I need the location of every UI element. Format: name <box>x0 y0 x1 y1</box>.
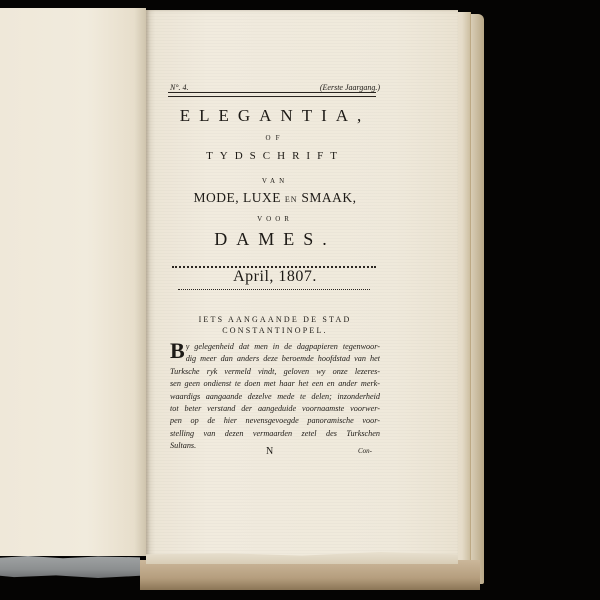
body-line: Turksche ryk vermeld vindt, geloven wy o… <box>170 366 380 378</box>
left-page-grey-edge <box>0 556 140 578</box>
date-rule-bottom <box>178 289 370 290</box>
body-line: Sultans. <box>170 440 380 452</box>
body-line: tot beter verstand der aangeduide voorna… <box>170 403 380 415</box>
left-blank-page <box>0 8 146 556</box>
article-body: B y gelegenheid dat men in de dagpapiere… <box>170 341 380 453</box>
title-dames: DAMES. <box>170 229 380 250</box>
issue-date: April, 1807. <box>170 268 380 286</box>
book-bottom-edge <box>140 560 480 590</box>
body-line: sen geen ondienst te doen met haar het e… <box>170 378 380 390</box>
section-heading-line1: IETS AANGAANDE DE STAD <box>170 315 380 324</box>
issue-number: N°. 4. <box>170 83 189 92</box>
title-en: EN <box>285 195 298 204</box>
title-mode-luxe-smaak: MODE, LUXE EN SMAAK, <box>170 190 380 206</box>
title-voor: VOOR <box>170 215 380 223</box>
body-line: dig meer dan anders deze beroemde hoofds… <box>186 353 380 365</box>
running-header: N°. 4. (Eerste Jaargang.) <box>170 83 380 92</box>
title-elegantia: ELEGANTIA, <box>170 106 380 126</box>
body-line: waardigs aangaande dezelve mede te delen… <box>170 391 380 403</box>
section-heading-line2: CONSTANTINOPEL. <box>170 326 380 335</box>
title-smaak: SMAAK, <box>298 190 357 205</box>
drop-cap: B <box>170 341 185 361</box>
signature-mark: N <box>266 446 273 457</box>
body-line: y gelegenheid dat men in de dagpapieren … <box>186 341 380 353</box>
catchword: Con- <box>358 447 372 455</box>
title-of: OF <box>170 134 380 142</box>
body-line: pen op de hier nevensgevoegde panoramisc… <box>170 415 380 427</box>
header-rule <box>168 92 376 97</box>
volume-label: (Eerste Jaargang.) <box>320 83 380 92</box>
title-tydschrift: TYDSCHRIFT <box>170 150 380 162</box>
title-van: VAN <box>170 177 380 185</box>
body-line: stelling van dezen vermaarden zetel des … <box>170 428 380 440</box>
title-mode-luxe: MODE, LUXE <box>193 190 284 205</box>
